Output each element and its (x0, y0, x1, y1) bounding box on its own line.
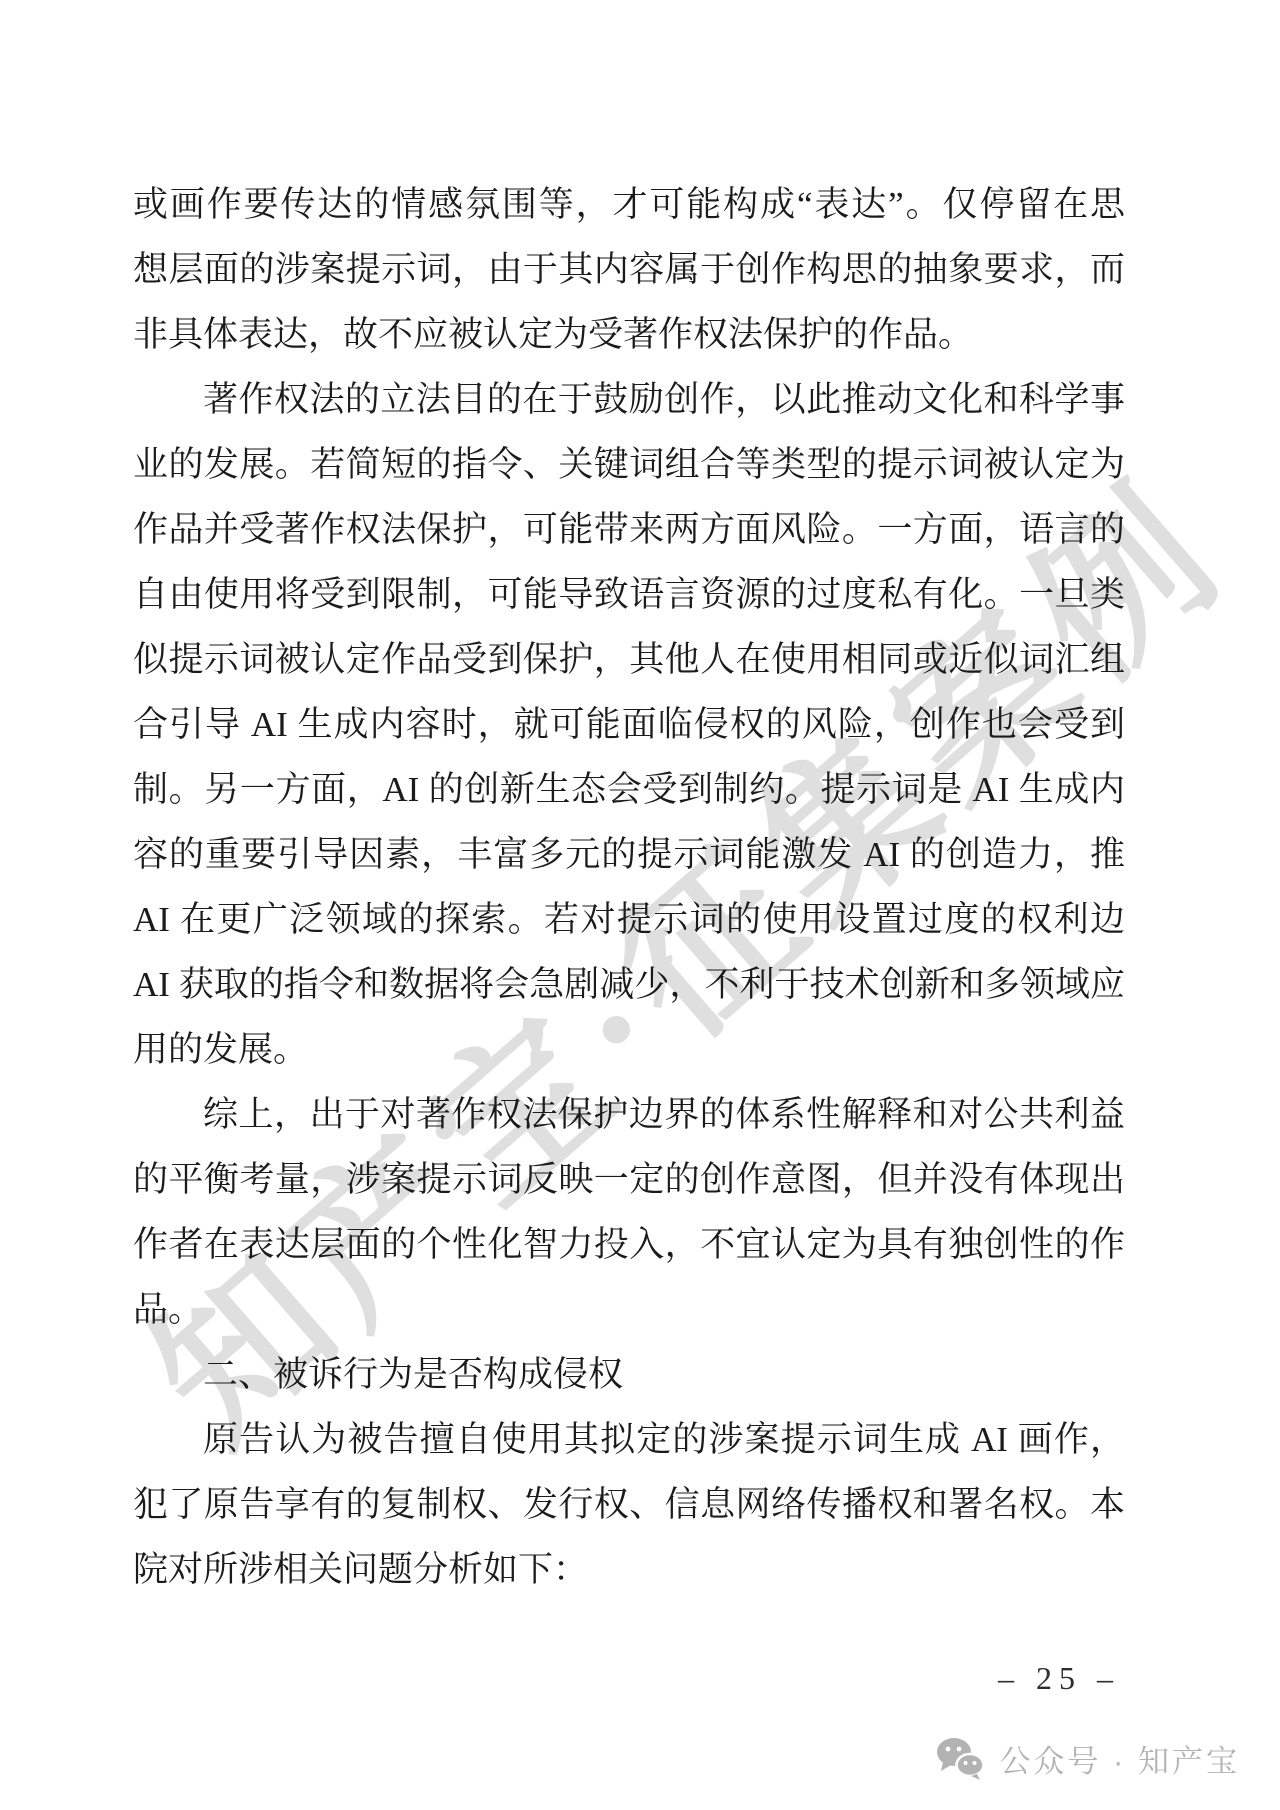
text-line: AI 在更广泛领域的探索。若对提示词的使用设置过度的权利边界， (133, 887, 1125, 952)
text-line: 自由使用将受到限制，可能导致语言资源的过度私有化。一旦类 (133, 562, 1125, 627)
text-line: 想层面的涉案提示词，由于其内容属于创作构思的抽象要求，而 (133, 237, 1125, 302)
section-heading: 二、被诉行为是否构成侵权 (133, 1342, 1125, 1407)
text-line: 的平衡考量，涉案提示词反映一定的创作意图，但并没有体现出 (133, 1147, 1125, 1212)
text-line: 作者在表达层面的个性化智力投入，不宜认定为具有独创性的作 (133, 1212, 1125, 1277)
text-line: 原告认为被告擅自使用其拟定的涉案提示词生成 AI 画作，侵 (133, 1407, 1125, 1472)
text-line: 业的发展。若简短的指令、关键词组合等类型的提示词被认定为 (133, 432, 1125, 497)
text-line: 作品并受著作权法保护，可能带来两方面风险。一方面，语言的 (133, 497, 1125, 562)
text-line: 院对所涉相关问题分析如下： (133, 1537, 1125, 1602)
text-line: 容的重要引导因素，丰富多元的提示词能激发 AI 的创造力，推动 (133, 822, 1125, 887)
text-line: 用的发展。 (133, 1017, 1125, 1082)
page-number: – 25 – (998, 1660, 1120, 1697)
judgment-body: 或画作要传达的情感氛围等，才可能构成“表达”。仅停留在思 想层面的涉案提示词，由… (133, 172, 1125, 1602)
footer-label: 公众号 · 知产宝 (999, 1736, 1240, 1781)
document-page: 知产宝·征集案例 或画作要传达的情感氛围等，才可能构成“表达”。仅停留在思 想层… (0, 0, 1280, 1810)
text-line: 品。 (133, 1277, 1125, 1342)
text-line: 综上，出于对著作权法保护边界的体系性解释和对公共利益 (133, 1082, 1125, 1147)
text-line: 合引导 AI 生成内容时，就可能面临侵权的风险，创作也会受到抑 (133, 692, 1125, 757)
wechat-icon (935, 1737, 987, 1781)
text-line: 似提示词被认定作品受到保护，其他人在使用相同或近似词汇组 (133, 627, 1125, 692)
text-line: 犯了原告享有的复制权、发行权、信息网络传播权和署名权。本 (133, 1472, 1125, 1537)
text-line: 或画作要传达的情感氛围等，才可能构成“表达”。仅停留在思 (133, 172, 1125, 237)
text-line: AI 获取的指令和数据将会急剧减少，不利于技术创新和多领域应 (133, 952, 1125, 1017)
footer-brand: 公众号 · 知产宝 (935, 1736, 1240, 1781)
text-line: 非具体表达，故不应被认定为受著作权法保护的作品。 (133, 302, 1125, 367)
text-line: 制。另一方面，AI 的创新生态会受到制约。提示词是 AI 生成内 (133, 757, 1125, 822)
text-line: 著作权法的立法目的在于鼓励创作，以此推动文化和科学事 (133, 367, 1125, 432)
